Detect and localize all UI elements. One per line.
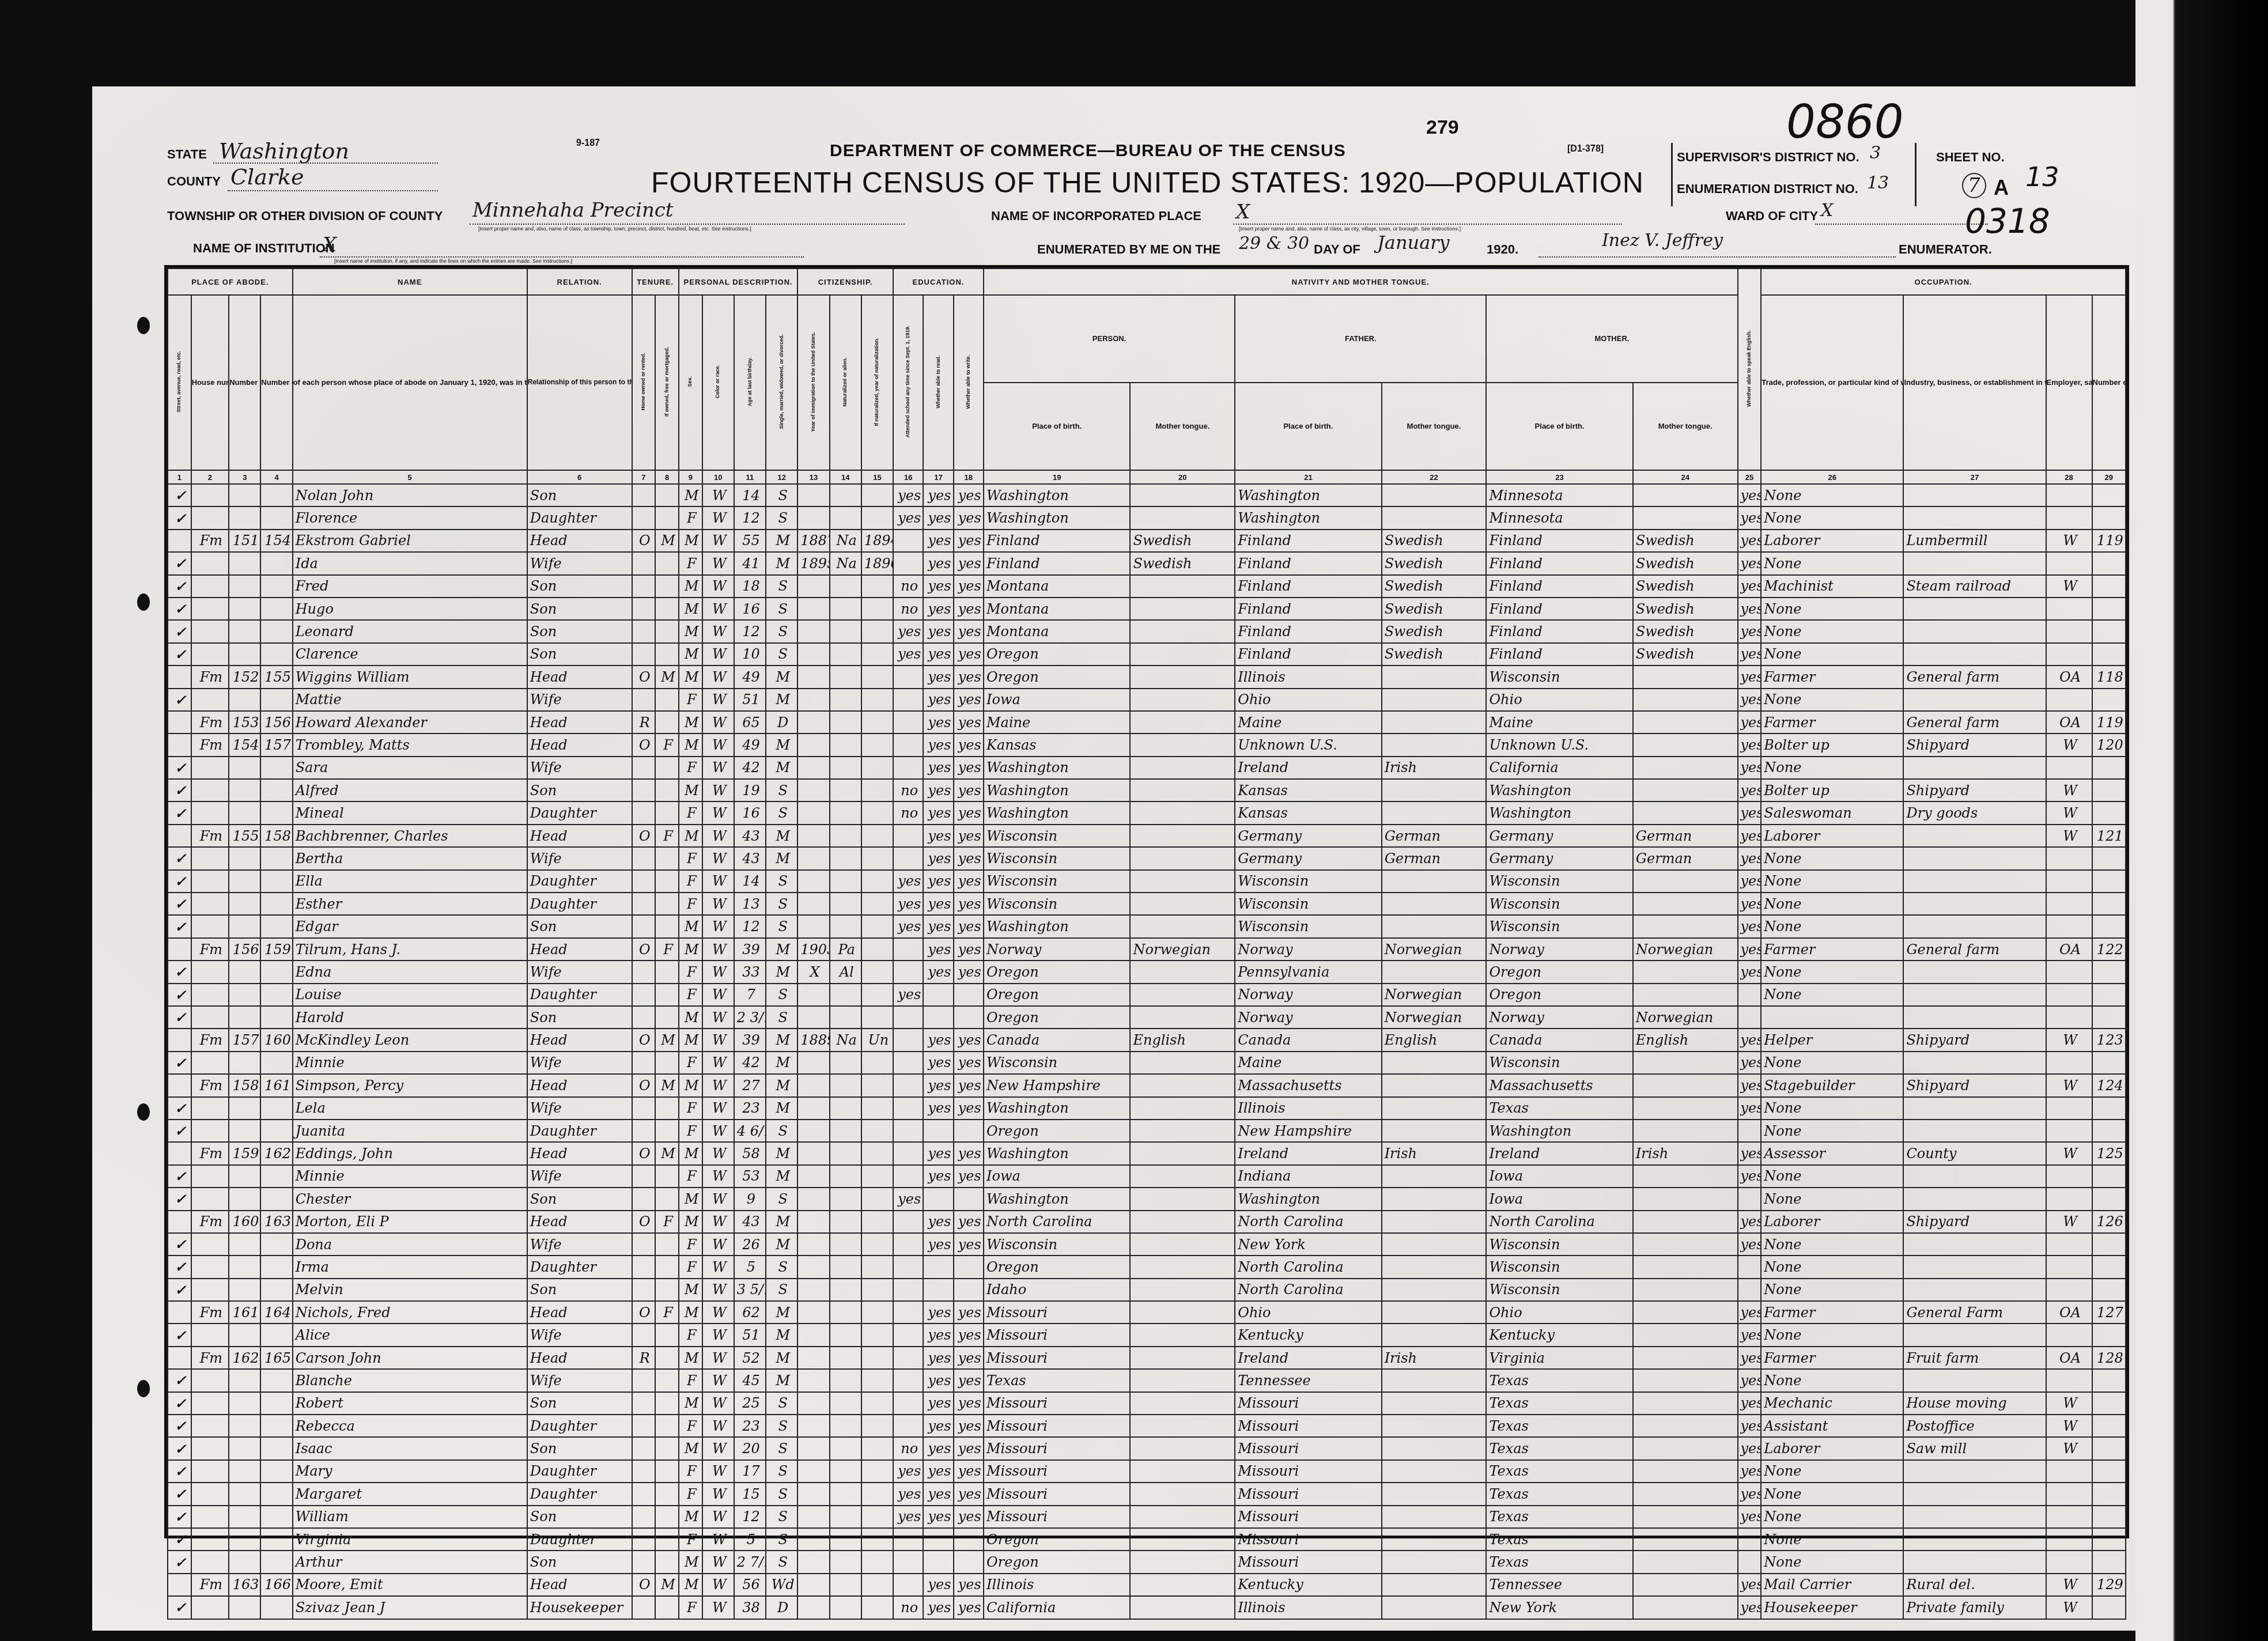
cell-read: yes	[923, 643, 953, 666]
year-value: 1920.	[1487, 242, 1518, 257]
cell-name: McKindley Leon	[293, 1029, 527, 1051]
cell-tongue	[1130, 1369, 1235, 1392]
cell-sex: M	[679, 1142, 702, 1164]
cell-line: ✓	[168, 1596, 191, 1619]
cell-imm	[797, 1347, 829, 1369]
cell-school: yes	[893, 1460, 923, 1483]
cell-relation: Son	[527, 1437, 632, 1459]
cell-english: yes	[1738, 1460, 1762, 1483]
cell-farm	[2092, 575, 2126, 598]
cell-nat	[830, 984, 861, 1006]
cell-dwelling: 158	[229, 1074, 260, 1096]
cell-house: Fm	[191, 733, 229, 756]
cell-age: 49	[734, 666, 766, 688]
cell-house	[191, 961, 229, 983]
cell-marital: M	[766, 552, 797, 574]
cell-imm	[797, 1165, 829, 1188]
cell-own: O	[632, 1301, 656, 1324]
cell-class	[2046, 1256, 2092, 1278]
cell-pob: Finland	[984, 530, 1130, 552]
cell-line: ✓	[168, 620, 191, 642]
cell-age: 43	[734, 847, 766, 869]
cell-industry	[1903, 915, 2046, 937]
column-number: 18	[954, 470, 984, 484]
cell-mort	[655, 1188, 679, 1210]
cell-school: yes	[893, 620, 923, 642]
cell-imm	[797, 847, 829, 869]
cell-natyr	[861, 757, 893, 779]
cell-write: yes	[954, 870, 984, 893]
cell-line: ✓	[168, 1551, 191, 1573]
cell-sex: F	[679, 1097, 702, 1120]
cell-mort	[655, 643, 679, 666]
cell-line	[168, 666, 191, 688]
cell-farm	[2092, 506, 2126, 529]
table-row: ✓MinnieWifeFW53MyesyesIowaIndianaIowayes…	[168, 1165, 2126, 1188]
cell-house	[191, 1528, 229, 1551]
cell-f-tongue: Irish	[1382, 1347, 1487, 1369]
cell-f-pob: Norway	[1235, 938, 1381, 961]
township-label: TOWNSHIP OR OTHER DIVISION OF COUNTY	[167, 209, 443, 224]
cell-school: no	[893, 575, 923, 598]
cell-pob: Finland	[984, 552, 1130, 574]
cell-f-tongue	[1382, 1596, 1487, 1619]
cell-natyr	[861, 689, 893, 711]
cell-f-tongue	[1382, 1528, 1487, 1551]
cell-trade: None	[1761, 961, 1903, 983]
cell-m-pob: Wisconsin	[1486, 870, 1632, 893]
group-name: NAME	[293, 269, 527, 295]
cell-imm	[797, 666, 829, 688]
cell-english	[1738, 1006, 1762, 1029]
cell-mort	[655, 1233, 679, 1256]
cell-trade: None	[1761, 1324, 1903, 1346]
cell-trade: None	[1761, 1528, 1903, 1551]
cell-m-tongue	[1633, 1188, 1738, 1210]
cell-f-pob: Washington	[1235, 484, 1381, 506]
cell-f-pob: New York	[1235, 1233, 1381, 1256]
cell-mort	[655, 757, 679, 779]
cell-farm	[2092, 1165, 2126, 1188]
cell-relation: Head	[527, 1029, 632, 1051]
cell-read	[923, 1551, 953, 1573]
column-number: 7	[632, 470, 656, 484]
cell-nat	[830, 1506, 861, 1528]
cell-age: 38	[734, 1596, 766, 1619]
cell-pob: Missouri	[984, 1460, 1130, 1483]
header-write: Whether able to write.	[954, 295, 984, 470]
cell-tongue	[1130, 893, 1235, 915]
cell-industry	[1903, 598, 2046, 620]
cell-natyr	[861, 1120, 893, 1142]
cell-sex: F	[679, 870, 702, 893]
cell-nat	[830, 1347, 861, 1369]
cell-trade: Assistant	[1761, 1415, 1903, 1437]
cell-natyr	[861, 1188, 893, 1210]
group-relation: RELATION.	[527, 269, 632, 295]
cell-marital: M	[766, 1347, 797, 1369]
cell-write: yes	[954, 575, 984, 598]
cell-pob: Wisconsin	[984, 870, 1130, 893]
cell-class: W	[2046, 1574, 2092, 1596]
cell-line: ✓	[168, 552, 191, 574]
cell-house	[191, 484, 229, 506]
cell-f-tongue	[1382, 1574, 1487, 1596]
cell-name: Rebecca	[293, 1415, 527, 1437]
cell-age: 12	[734, 620, 766, 642]
cell-marital: M	[766, 961, 797, 983]
cell-trade: None	[1761, 1483, 1903, 1505]
cell-tongue	[1130, 1074, 1235, 1096]
cell-tongue	[1130, 847, 1235, 869]
cell-age: 2 7/12	[734, 1551, 766, 1573]
cell-race: W	[702, 779, 734, 801]
cell-m-tongue	[1633, 1483, 1738, 1505]
header-mother-pob: Place of birth.	[1486, 383, 1632, 470]
cell-tongue	[1130, 1347, 1235, 1369]
cell-sex: F	[679, 1120, 702, 1142]
cell-school	[893, 1392, 923, 1415]
cell-name: Ella	[293, 870, 527, 893]
cell-f-tongue	[1382, 1460, 1487, 1483]
cell-own: R	[632, 1347, 656, 1369]
cell-write: yes	[954, 1437, 984, 1459]
cell-line: ✓	[168, 1506, 191, 1528]
cell-own: O	[632, 1211, 656, 1233]
header-sex-text: Sex.	[687, 376, 693, 387]
cell-trade: None	[1761, 1233, 1903, 1256]
cell-sex: F	[679, 1483, 702, 1505]
punch-hole	[137, 317, 150, 334]
cell-f-tongue	[1382, 1120, 1487, 1142]
cell-tongue	[1130, 1437, 1235, 1459]
cell-nat	[830, 1120, 861, 1142]
table-row: Fm151154Ekstrom GabrielHeadOMMW55M1887Na…	[168, 530, 2126, 552]
cell-relation: Daughter	[527, 1528, 632, 1551]
cell-school	[893, 938, 923, 961]
cell-m-pob: Wisconsin	[1486, 666, 1632, 688]
cell-trade: None	[1761, 1551, 1903, 1573]
cell-relation: Wife	[527, 1165, 632, 1188]
cell-nat	[830, 801, 861, 824]
cell-trade: None	[1761, 1165, 1903, 1188]
cell-natyr	[861, 847, 893, 869]
cell-class: OA	[2046, 711, 2092, 733]
cell-read: yes	[923, 1596, 953, 1619]
cell-class	[2046, 1006, 2092, 1029]
cell-class	[2046, 598, 2092, 620]
cell-pob: Wisconsin	[984, 893, 1130, 915]
cell-race: W	[702, 733, 734, 756]
cell-sex: M	[679, 938, 702, 961]
cell-read: yes	[923, 530, 953, 552]
cell-marital: M	[766, 1074, 797, 1096]
cell-relation: Wife	[527, 757, 632, 779]
cell-write	[954, 1256, 984, 1278]
cell-tongue	[1130, 801, 1235, 824]
cell-read	[923, 1120, 953, 1142]
cell-f-tongue	[1382, 1188, 1487, 1210]
cell-race: W	[702, 711, 734, 733]
cell-house	[191, 1596, 229, 1619]
cell-tongue: English	[1130, 1029, 1235, 1051]
cell-write: yes	[954, 961, 984, 983]
cell-age: 15	[734, 1483, 766, 1505]
cell-line	[168, 733, 191, 756]
cell-write	[954, 1006, 984, 1029]
day-of-label: DAY OF	[1314, 242, 1360, 257]
header-age: Age at last birthday.	[734, 295, 766, 470]
cell-mort	[655, 893, 679, 915]
cell-age: 49	[734, 733, 766, 756]
township-hint: [Insert proper name and, also, name of c…	[478, 226, 751, 232]
cell-tongue	[1130, 1324, 1235, 1346]
cell-trade: Laborer	[1761, 1437, 1903, 1459]
cell-english: yes	[1738, 1392, 1762, 1415]
header-naturalized-text: Naturalized or alien.	[842, 357, 848, 407]
table-row: ✓IsaacSonMW20SnoyesyesMissouriMissouriTe…	[168, 1437, 2126, 1459]
cell-nat	[830, 847, 861, 869]
cell-name: Szivaz Jean J	[293, 1596, 527, 1619]
cell-mort	[655, 915, 679, 937]
cell-dwelling	[229, 984, 260, 1006]
cell-relation: Wife	[527, 1097, 632, 1120]
cell-race: W	[702, 847, 734, 869]
cell-name: Edgar	[293, 915, 527, 937]
cell-mort	[655, 620, 679, 642]
cell-m-pob: Texas	[1486, 1415, 1632, 1437]
cell-marital: S	[766, 1279, 797, 1301]
state-value: Washington	[219, 138, 349, 164]
nativity-title: NATIVITY AND MOTHER TONGUE.	[984, 278, 1737, 286]
cell-class	[2046, 1506, 2092, 1528]
cell-class	[2046, 757, 2092, 779]
cell-f-pob: Norway	[1235, 1006, 1381, 1029]
cell-m-tongue	[1633, 1506, 1738, 1528]
cell-farm	[2092, 484, 2126, 506]
column-number: 20	[1130, 470, 1235, 484]
cell-industry	[1903, 1279, 2046, 1301]
cell-pob: California	[984, 1596, 1130, 1619]
cell-trade: None	[1761, 1256, 1903, 1278]
cell-trade: Stagebuilder	[1761, 1074, 1903, 1096]
cell-line: ✓	[168, 689, 191, 711]
cell-sex: F	[679, 757, 702, 779]
cell-pob: Washington	[984, 801, 1130, 824]
cell-nat	[830, 1392, 861, 1415]
group-occupation: OCCUPATION.	[1761, 269, 2126, 295]
cell-race: W	[702, 1006, 734, 1029]
table-row: Fm163166Moore, EmitHeadOMMW56WdyesyesIll…	[168, 1574, 2126, 1596]
cell-industry	[1903, 1097, 2046, 1120]
cell-m-tongue: Norwegian	[1633, 938, 1738, 961]
cell-name: Minnie	[293, 1052, 527, 1074]
cell-m-tongue	[1633, 666, 1738, 688]
cell-imm	[797, 1392, 829, 1415]
cell-class	[2046, 1324, 2092, 1346]
cell-farm	[2092, 1460, 2126, 1483]
group-citizenship: CITIZENSHIP.	[797, 269, 893, 295]
cell-line: ✓	[168, 643, 191, 666]
cell-marital: S	[766, 1506, 797, 1528]
cell-race: W	[702, 938, 734, 961]
cell-marital: S	[766, 484, 797, 506]
cell-pob: Illinois	[984, 1574, 1130, 1596]
cell-sex: F	[679, 961, 702, 983]
cell-f-pob: Ohio	[1235, 1301, 1381, 1324]
cell-line: ✓	[168, 1256, 191, 1278]
cell-house	[191, 847, 229, 869]
cell-dwelling: 159	[229, 1142, 260, 1164]
cell-imm	[797, 1596, 829, 1619]
cell-f-pob: Washington	[1235, 1188, 1381, 1210]
cell-pob: Texas	[984, 1369, 1130, 1392]
cell-m-pob: Oregon	[1486, 961, 1632, 983]
cell-pob: Missouri	[984, 1437, 1130, 1459]
cell-line	[168, 938, 191, 961]
cell-house: Fm	[191, 530, 229, 552]
cell-own	[632, 575, 656, 598]
cell-marital: Wd	[766, 1574, 797, 1596]
table-row: ✓FlorenceDaughterFW12SyesyesyesWashingto…	[168, 506, 2126, 529]
cell-relation: Son	[527, 1551, 632, 1573]
cell-nat	[830, 1415, 861, 1437]
cell-relation: Wife	[527, 847, 632, 869]
cell-race: W	[702, 1596, 734, 1619]
cell-line	[168, 711, 191, 733]
cell-farm	[2092, 1528, 2126, 1551]
cell-dwelling: 151	[229, 530, 260, 552]
census-table-frame: PLACE OF ABODE. NAME RELATION. TENURE. P…	[164, 265, 2129, 1538]
table-row: ✓MinnieWifeFW42MyesyesWisconsinMaineWisc…	[168, 1052, 2126, 1074]
cell-dwelling	[229, 1279, 260, 1301]
cell-industry: Shipyard	[1903, 1074, 2046, 1096]
cell-f-tongue	[1382, 779, 1487, 801]
cell-nat	[830, 1324, 861, 1346]
cell-relation: Head	[527, 1347, 632, 1369]
table-row: ✓ArthurSonMW2 7/12SOregonMissouriTexasNo…	[168, 1551, 2126, 1573]
table-row: ✓RobertSonMW25SyesyesMissouriMissouriTex…	[168, 1392, 2126, 1415]
column-number: 22	[1382, 470, 1487, 484]
cell-natyr	[861, 620, 893, 642]
cell-trade: Farmer	[1761, 1347, 1903, 1369]
cell-house	[191, 643, 229, 666]
cell-dwelling	[229, 1437, 260, 1459]
cell-class: W	[2046, 801, 2092, 824]
cell-name: Leonard	[293, 620, 527, 642]
cell-read: yes	[923, 1506, 953, 1528]
cell-m-tongue: Swedish	[1633, 530, 1738, 552]
cell-read: yes	[923, 1460, 953, 1483]
cell-industry	[1903, 1188, 2046, 1210]
cell-english	[1738, 1188, 1762, 1210]
cell-m-pob: Iowa	[1486, 1188, 1632, 1210]
cell-name: Simpson, Percy	[293, 1074, 527, 1096]
cell-line: ✓	[168, 1415, 191, 1437]
cell-industry	[1903, 620, 2046, 642]
cell-family	[260, 1392, 292, 1415]
cell-family: 166	[260, 1574, 292, 1596]
cell-school: yes	[893, 984, 923, 1006]
cell-write: yes	[954, 1392, 984, 1415]
cell-own: O	[632, 1574, 656, 1596]
cell-f-pob: Maine	[1235, 1052, 1381, 1074]
cell-relation: Head	[527, 1301, 632, 1324]
cell-english: yes	[1738, 1142, 1762, 1164]
cell-farm: 123	[2092, 1029, 2126, 1051]
cell-race: W	[702, 1188, 734, 1210]
cell-name: Harold	[293, 1006, 527, 1029]
cell-age: 2 3/12	[734, 1006, 766, 1029]
cell-f-pob: New Hampshire	[1235, 1120, 1381, 1142]
cell-relation: Son	[527, 1506, 632, 1528]
cell-own: O	[632, 1029, 656, 1051]
cell-nat	[830, 1574, 861, 1596]
cell-imm	[797, 1460, 829, 1483]
header-marital-text: Single, married, widowed, or divorced.	[779, 334, 785, 429]
cell-own	[632, 961, 656, 983]
cell-m-pob: Ireland	[1486, 1142, 1632, 1164]
cell-f-pob: Wisconsin	[1235, 870, 1381, 893]
header-sex: Sex.	[679, 295, 702, 470]
cell-read: yes	[923, 825, 953, 847]
cell-own	[632, 1437, 656, 1459]
cell-m-tongue	[1633, 1233, 1738, 1256]
cell-imm	[797, 1142, 829, 1164]
cell-race: W	[702, 1142, 734, 1164]
cell-class	[2046, 1120, 2092, 1142]
cell-family	[260, 1506, 292, 1528]
cell-mort: F	[655, 1211, 679, 1233]
cell-race: W	[702, 1279, 734, 1301]
cell-farm	[2092, 1324, 2126, 1346]
cell-age: 16	[734, 598, 766, 620]
cell-family	[260, 779, 292, 801]
cell-trade: Saleswoman	[1761, 801, 1903, 824]
cell-mort	[655, 1052, 679, 1074]
cell-line	[168, 1142, 191, 1164]
cell-f-pob: Wisconsin	[1235, 893, 1381, 915]
cell-m-pob: Wisconsin	[1486, 893, 1632, 915]
cell-natyr	[861, 666, 893, 688]
cell-m-tongue	[1633, 1369, 1738, 1392]
cell-dwelling: 160	[229, 1211, 260, 1233]
cell-read: yes	[923, 689, 953, 711]
cell-f-pob: North Carolina	[1235, 1279, 1381, 1301]
cell-f-pob: Tennessee	[1235, 1369, 1381, 1392]
cell-mort	[655, 961, 679, 983]
cell-m-tongue: German	[1633, 847, 1738, 869]
cell-house: Fm	[191, 1211, 229, 1233]
cell-race: W	[702, 1074, 734, 1096]
cell-class	[2046, 893, 2092, 915]
cell-dwelling	[229, 1528, 260, 1551]
cell-line: ✓	[168, 1483, 191, 1505]
column-number: 23	[1486, 470, 1632, 484]
cell-m-tongue: Swedish	[1633, 598, 1738, 620]
cell-age: 62	[734, 1301, 766, 1324]
cell-house: Fm	[191, 1074, 229, 1096]
cell-mort	[655, 1279, 679, 1301]
column-number: 10	[702, 470, 734, 484]
cell-m-tongue: Swedish	[1633, 620, 1738, 642]
cell-sex: M	[679, 733, 702, 756]
cell-class: W	[2046, 575, 2092, 598]
cell-class	[2046, 506, 2092, 529]
cell-industry: Lumbermill	[1903, 530, 2046, 552]
cell-age: 12	[734, 1506, 766, 1528]
cell-m-pob: Texas	[1486, 1528, 1632, 1551]
